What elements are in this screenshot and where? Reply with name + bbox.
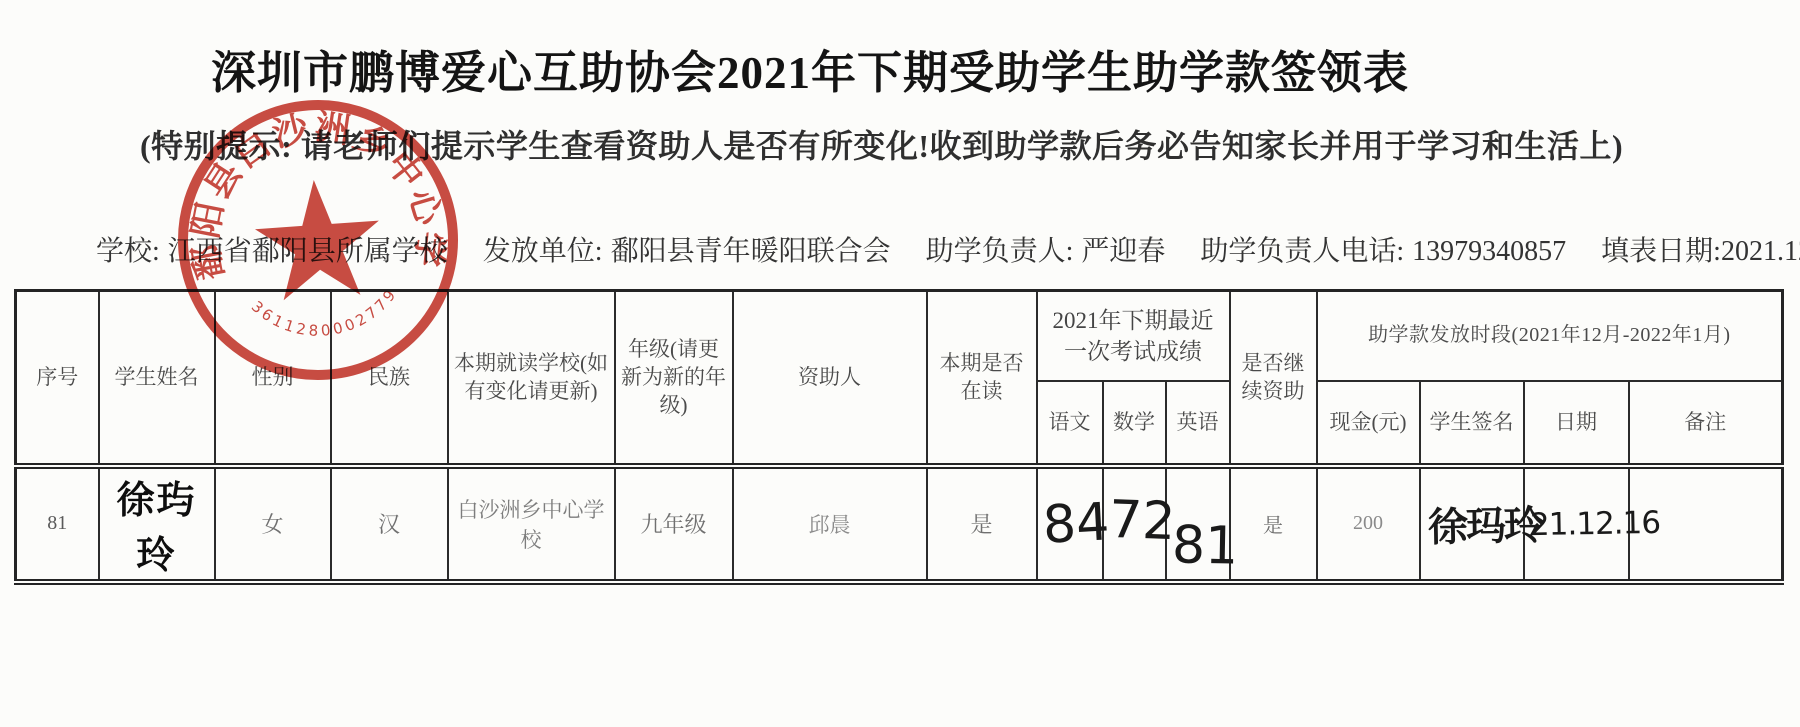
col-header-ethnicity: 民族 [331,291,448,466]
col-group-grant-period: 助学款发放时段(2021年12月-2022年1月) [1317,291,1783,381]
info-line: 学校:江西省鄱阳县所属学校 发放单位:鄱阳县青年暖阳联合会 助学负责人:严迎春 … [96,229,1696,269]
col-header-grade: 年级(请更新为新的年级) [615,291,733,466]
cell-sponsor: 邱晨 [733,466,927,582]
col-header-english: 英语 [1166,381,1230,466]
col-header-math: 数学 [1103,381,1166,466]
table-row: 81 徐玙玲 女 汉 白沙洲乡中心学校 九年级 邱晨 是 84 72 81 是 … [16,466,1783,582]
col-header-sponsor: 资助人 [733,291,927,466]
col-header-continue-support: 是否继续资助 [1230,291,1317,466]
col-header-signature: 学生签名 [1420,381,1524,466]
info-phone-label: 助学负责人电话: [1200,236,1404,267]
col-header-cash: 现金(元) [1317,381,1420,466]
col-header-index: 序号 [16,291,99,466]
info-issuer: 发放单位:鄱阳县青年暖阳联合会 [483,236,891,267]
col-header-enrolled: 本期是否在读 [927,291,1037,466]
col-header-chinese: 语文 [1037,381,1103,466]
info-school: 学校:江西省鄱阳县所属学校 [96,236,448,267]
cell-sign-date: 21.12.16 [1524,466,1629,582]
cell-enrolled: 是 [927,466,1037,582]
info-phone-value: 13979340857 [1412,236,1566,267]
info-phone: 助学负责人电话:13979340857 [1200,236,1566,267]
handwritten-date: 21.12.16 [1529,504,1660,542]
info-manager-label: 助学负责人: [926,236,1074,267]
notice-text: (特别提示: 请老师们提示学生查看资助人是否有所变化!收到助学款后务必告知家长并… [140,121,1640,167]
cell-grade: 九年级 [615,466,733,582]
handwritten-chinese-score: 84 [1041,492,1110,555]
page-title: 深圳市鹏博爱心互助协会2021年下期受助学生助学款签领表 [150,36,1470,101]
col-header-name: 学生姓名 [99,291,215,466]
col-group-exam-scores: 2021年下期最近一次考试成绩 [1037,291,1230,381]
info-date-label: 填表日期: [1601,236,1721,267]
info-date: 填表日期:2021.12.1 [1601,236,1800,267]
col-header-remark: 备注 [1629,381,1783,466]
info-manager: 助学负责人:严迎春 [926,236,1166,267]
cell-gender: 女 [215,466,331,582]
cell-student-signature: 徐玛玲 [1420,466,1524,582]
cell-cash-amount: 200 [1317,466,1420,582]
info-date-value: 2021.12.1 [1721,236,1800,267]
col-header-gender: 性别 [215,291,331,466]
info-school-label: 学校: [96,236,160,267]
info-issuer-value: 鄱阳县青年暖阳联合会 [611,236,891,267]
col-header-school: 本期就读学校(如有变化请更新) [448,291,615,466]
cell-student-name: 徐玙玲 [99,466,215,582]
scanned-form-page: 深圳市鹏博爱心互助协会2021年下期受助学生助学款签领表 (特别提示: 请老师们… [0,0,1800,727]
cell-score-chinese: 84 [1037,466,1103,582]
cell-index: 81 [16,466,99,582]
handwritten-english-score: 81 [1171,515,1238,576]
handwritten-math-score: 72 [1108,489,1176,551]
cell-ethnicity: 汉 [331,466,448,582]
handwritten-signature: 徐玛玲 [1427,494,1542,553]
cell-score-english: 81 [1166,466,1230,582]
cell-school: 白沙洲乡中心学校 [448,466,615,582]
cell-continue-support: 是 [1230,466,1317,582]
info-issuer-label: 发放单位: [483,236,603,267]
info-school-value: 江西省鄱阳县所属学校 [168,236,448,267]
col-header-date: 日期 [1524,381,1629,466]
cell-score-math: 72 [1103,466,1166,582]
info-manager-value: 严迎春 [1081,236,1165,267]
grant-signoff-table: 序号 学生姓名 性别 民族 本期就读学校(如有变化请更新) 年级(请更新为新的年… [14,289,1784,585]
